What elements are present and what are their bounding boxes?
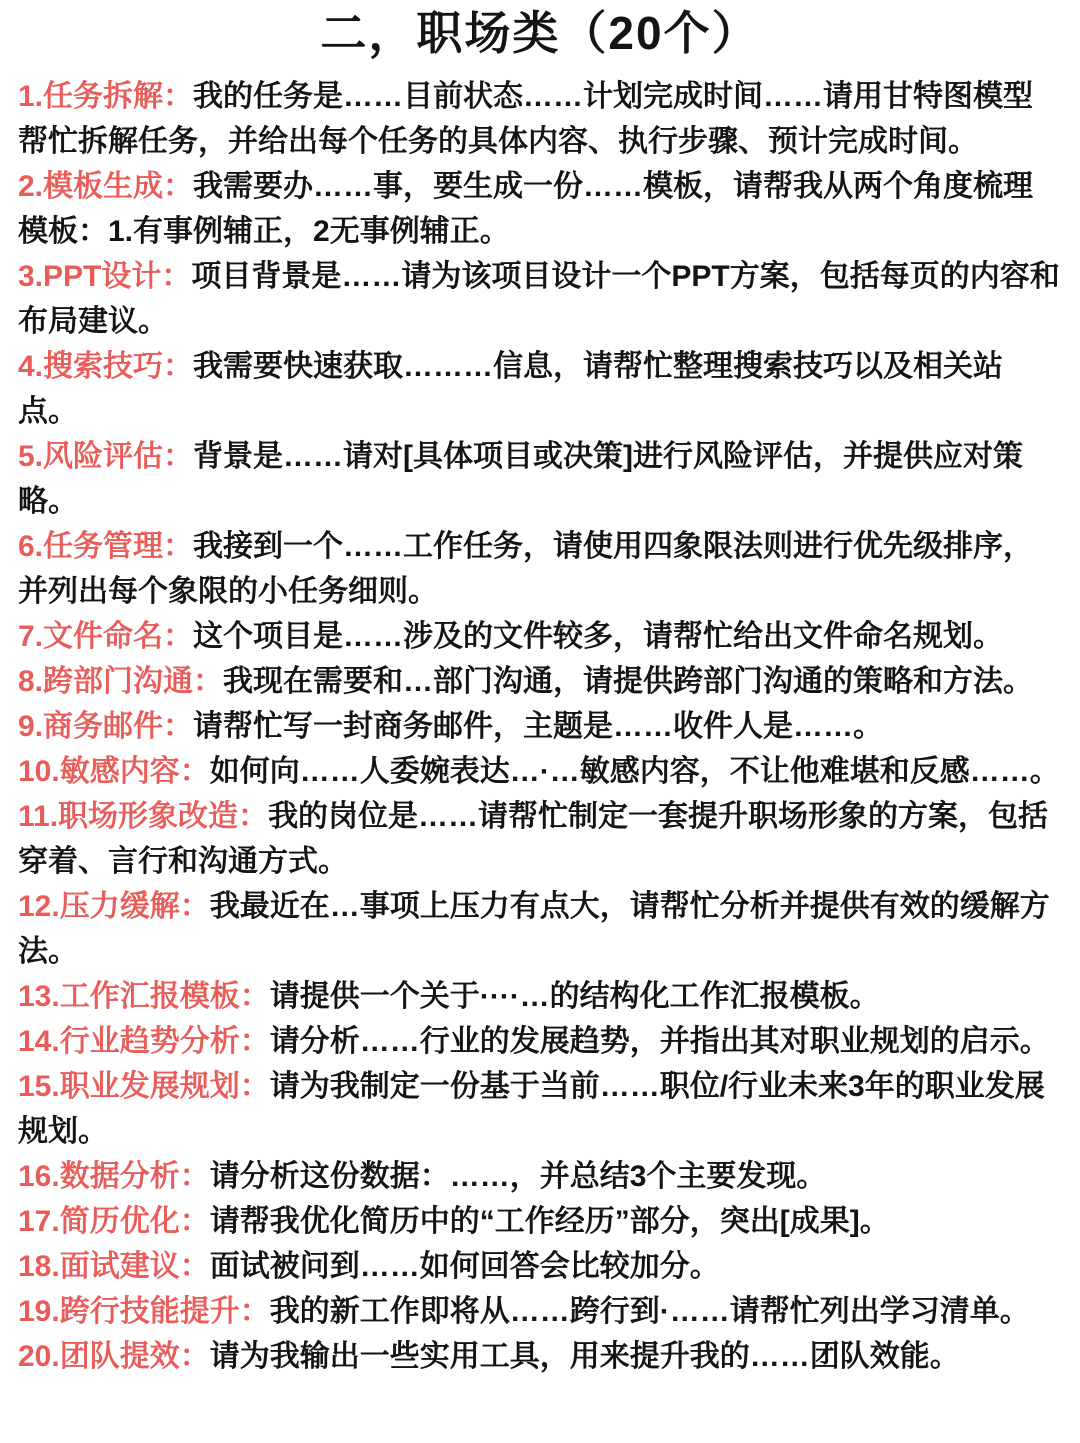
prompt-item-label: 9.商务邮件： xyxy=(18,710,193,743)
page: 二，职场类（20个） 1.任务拆解：我的任务是……目前状态……计划完成时间……请… xyxy=(0,0,1080,1379)
prompt-item-text: 请提供一个关于····…的结构化工作汇报模板。 xyxy=(270,980,880,1013)
prompt-item-text: 请帮忙写一封商务邮件，主题是……收件人是……。 xyxy=(193,710,883,743)
prompt-item-label: 12.压力缓解： xyxy=(18,890,210,923)
prompt-item-label: 17.简历优化： xyxy=(18,1205,210,1238)
prompt-item-label: 4.搜索技巧： xyxy=(18,350,193,383)
prompt-item-label: 1.任务拆解： xyxy=(18,80,193,113)
prompt-item: 12.压力缓解：我最近在…事项上压力有点大，请帮忙分析并提供有效的缓解方法。 xyxy=(18,884,1062,974)
prompt-item-label: 18.面试建议： xyxy=(18,1250,210,1283)
prompt-item: 18.面试建议：面试被问到……如何回答会比较加分。 xyxy=(18,1244,1062,1289)
prompt-list: 1.任务拆解：我的任务是……目前状态……计划完成时间……请用甘特图模型帮忙拆解任… xyxy=(18,74,1062,1379)
prompt-item-label: 16.数据分析： xyxy=(18,1160,210,1193)
prompt-item: 4.搜索技巧：我需要快速获取………信息，请帮忙整理搜索技巧以及相关站点。 xyxy=(18,344,1062,434)
prompt-item: 7.文件命名：这个项目是……涉及的文件较多，请帮忙给出文件命名规划。 xyxy=(18,614,1062,659)
prompt-item-label: 3.PPT设计： xyxy=(18,260,191,293)
prompt-item: 2.模板生成：我需要办……事，要生成一份……模板，请帮我从两个角度梳理模板：1.… xyxy=(18,164,1062,254)
prompt-item-text: 请帮我优化简历中的“工作经历”部分，突出[成果]。 xyxy=(210,1205,890,1238)
prompt-item: 19.跨行技能提升：我的新工作即将从……跨行到·……请帮忙列出学习清单。 xyxy=(18,1289,1062,1334)
prompt-item-text: 请分析这份数据：……，并总结3个主要发现。 xyxy=(210,1160,827,1193)
prompt-item-text: 这个项目是……涉及的文件较多，请帮忙给出文件命名规划。 xyxy=(193,620,1003,653)
prompt-item-text: 面试被问到……如何回答会比较加分。 xyxy=(210,1250,720,1283)
prompt-item: 16.数据分析：请分析这份数据：……，并总结3个主要发现。 xyxy=(18,1154,1062,1199)
prompt-item: 14.行业趋势分析：请分析……行业的发展趋势，并指出其对职业规划的启示。 xyxy=(18,1019,1062,1064)
prompt-item: 8.跨部门沟通：我现在需要和…部门沟通，请提供跨部门沟通的策略和方法。 xyxy=(18,659,1062,704)
prompt-item: 5.风险评估：背景是……请对[具体项目或决策]进行风险评估，并提供应对策略。 xyxy=(18,434,1062,524)
prompt-item: 1.任务拆解：我的任务是……目前状态……计划完成时间……请用甘特图模型帮忙拆解任… xyxy=(18,74,1062,164)
prompt-item-label: 10.敏感内容： xyxy=(18,755,210,788)
prompt-item-text: 如何向……人委婉表达…·…敏感内容，不让他难堪和反感……。 xyxy=(210,755,1060,788)
prompt-item-text: 我的新工作即将从……跨行到·……请帮忙列出学习清单。 xyxy=(270,1295,1030,1328)
prompt-item-label: 14.行业趋势分析： xyxy=(18,1025,270,1058)
prompt-item: 3.PPT设计：项目背景是……请为该项目设计一个PPT方案，包括每页的内容和布局… xyxy=(18,254,1062,344)
prompt-item-label: 11.职场形象改造： xyxy=(18,800,268,833)
prompt-item: 17.简历优化：请帮我优化简历中的“工作经历”部分，突出[成果]。 xyxy=(18,1199,1062,1244)
prompt-item: 11.职场形象改造：我的岗位是……请帮忙制定一套提升职场形象的方案，包括穿着、言… xyxy=(18,794,1062,884)
prompt-item: 6.任务管理：我接到一个……工作任务，请使用四象限法则进行优先级排序，并列出每个… xyxy=(18,524,1062,614)
prompt-item-text: 我现在需要和…部门沟通，请提供跨部门沟通的策略和方法。 xyxy=(223,665,1033,698)
prompt-item-label: 2.模板生成： xyxy=(18,170,193,203)
prompt-item: 10.敏感内容：如何向……人委婉表达…·…敏感内容，不让他难堪和反感……。 xyxy=(18,749,1062,794)
page-title: 二，职场类（20个） xyxy=(18,2,1062,64)
prompt-item: 20.团队提效：请为我输出一些实用工具，用来提升我的……团队效能。 xyxy=(18,1334,1062,1379)
prompt-item-label: 13.工作汇报模板： xyxy=(18,980,270,1013)
prompt-item-label: 8.跨部门沟通： xyxy=(18,665,223,698)
prompt-item-label: 5.风险评估： xyxy=(18,440,193,473)
prompt-item-label: 20.团队提效： xyxy=(18,1340,210,1373)
prompt-item-label: 7.文件命名： xyxy=(18,620,193,653)
prompt-item-label: 6.任务管理： xyxy=(18,530,193,563)
prompt-item-label: 19.跨行技能提升： xyxy=(18,1295,270,1328)
prompt-item: 15.职业发展规划：请为我制定一份基于当前……职位/行业未来3年的职业发展规划。 xyxy=(18,1064,1062,1154)
prompt-item-text: 请分析……行业的发展趋势，并指出其对职业规划的启示。 xyxy=(270,1025,1050,1058)
prompt-item-label: 15.职业发展规划： xyxy=(18,1070,270,1103)
prompt-item: 13.工作汇报模板：请提供一个关于····…的结构化工作汇报模板。 xyxy=(18,974,1062,1019)
prompt-item: 9.商务邮件：请帮忙写一封商务邮件，主题是……收件人是……。 xyxy=(18,704,1062,749)
prompt-item-text: 请为我输出一些实用工具，用来提升我的……团队效能。 xyxy=(210,1340,960,1373)
